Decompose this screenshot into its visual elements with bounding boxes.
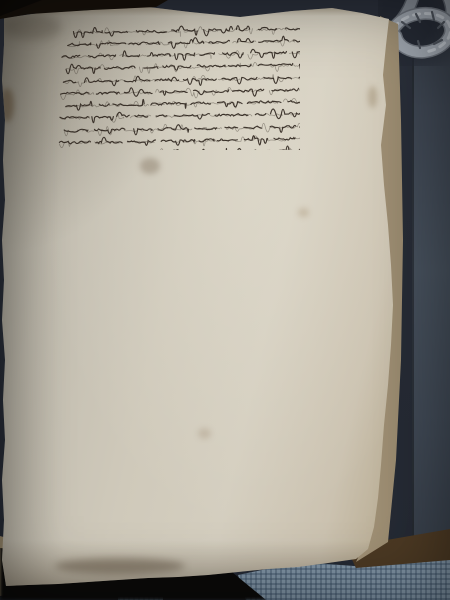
corner-grime — [2, 14, 62, 40]
photograph — [0, 0, 450, 600]
stain — [0, 88, 14, 122]
stain — [140, 158, 160, 174]
stain — [368, 86, 377, 108]
foxing-spot — [198, 428, 211, 439]
backdrop-panel — [412, 0, 450, 600]
edge-grime — [55, 558, 185, 574]
foxing-spot — [298, 208, 309, 217]
